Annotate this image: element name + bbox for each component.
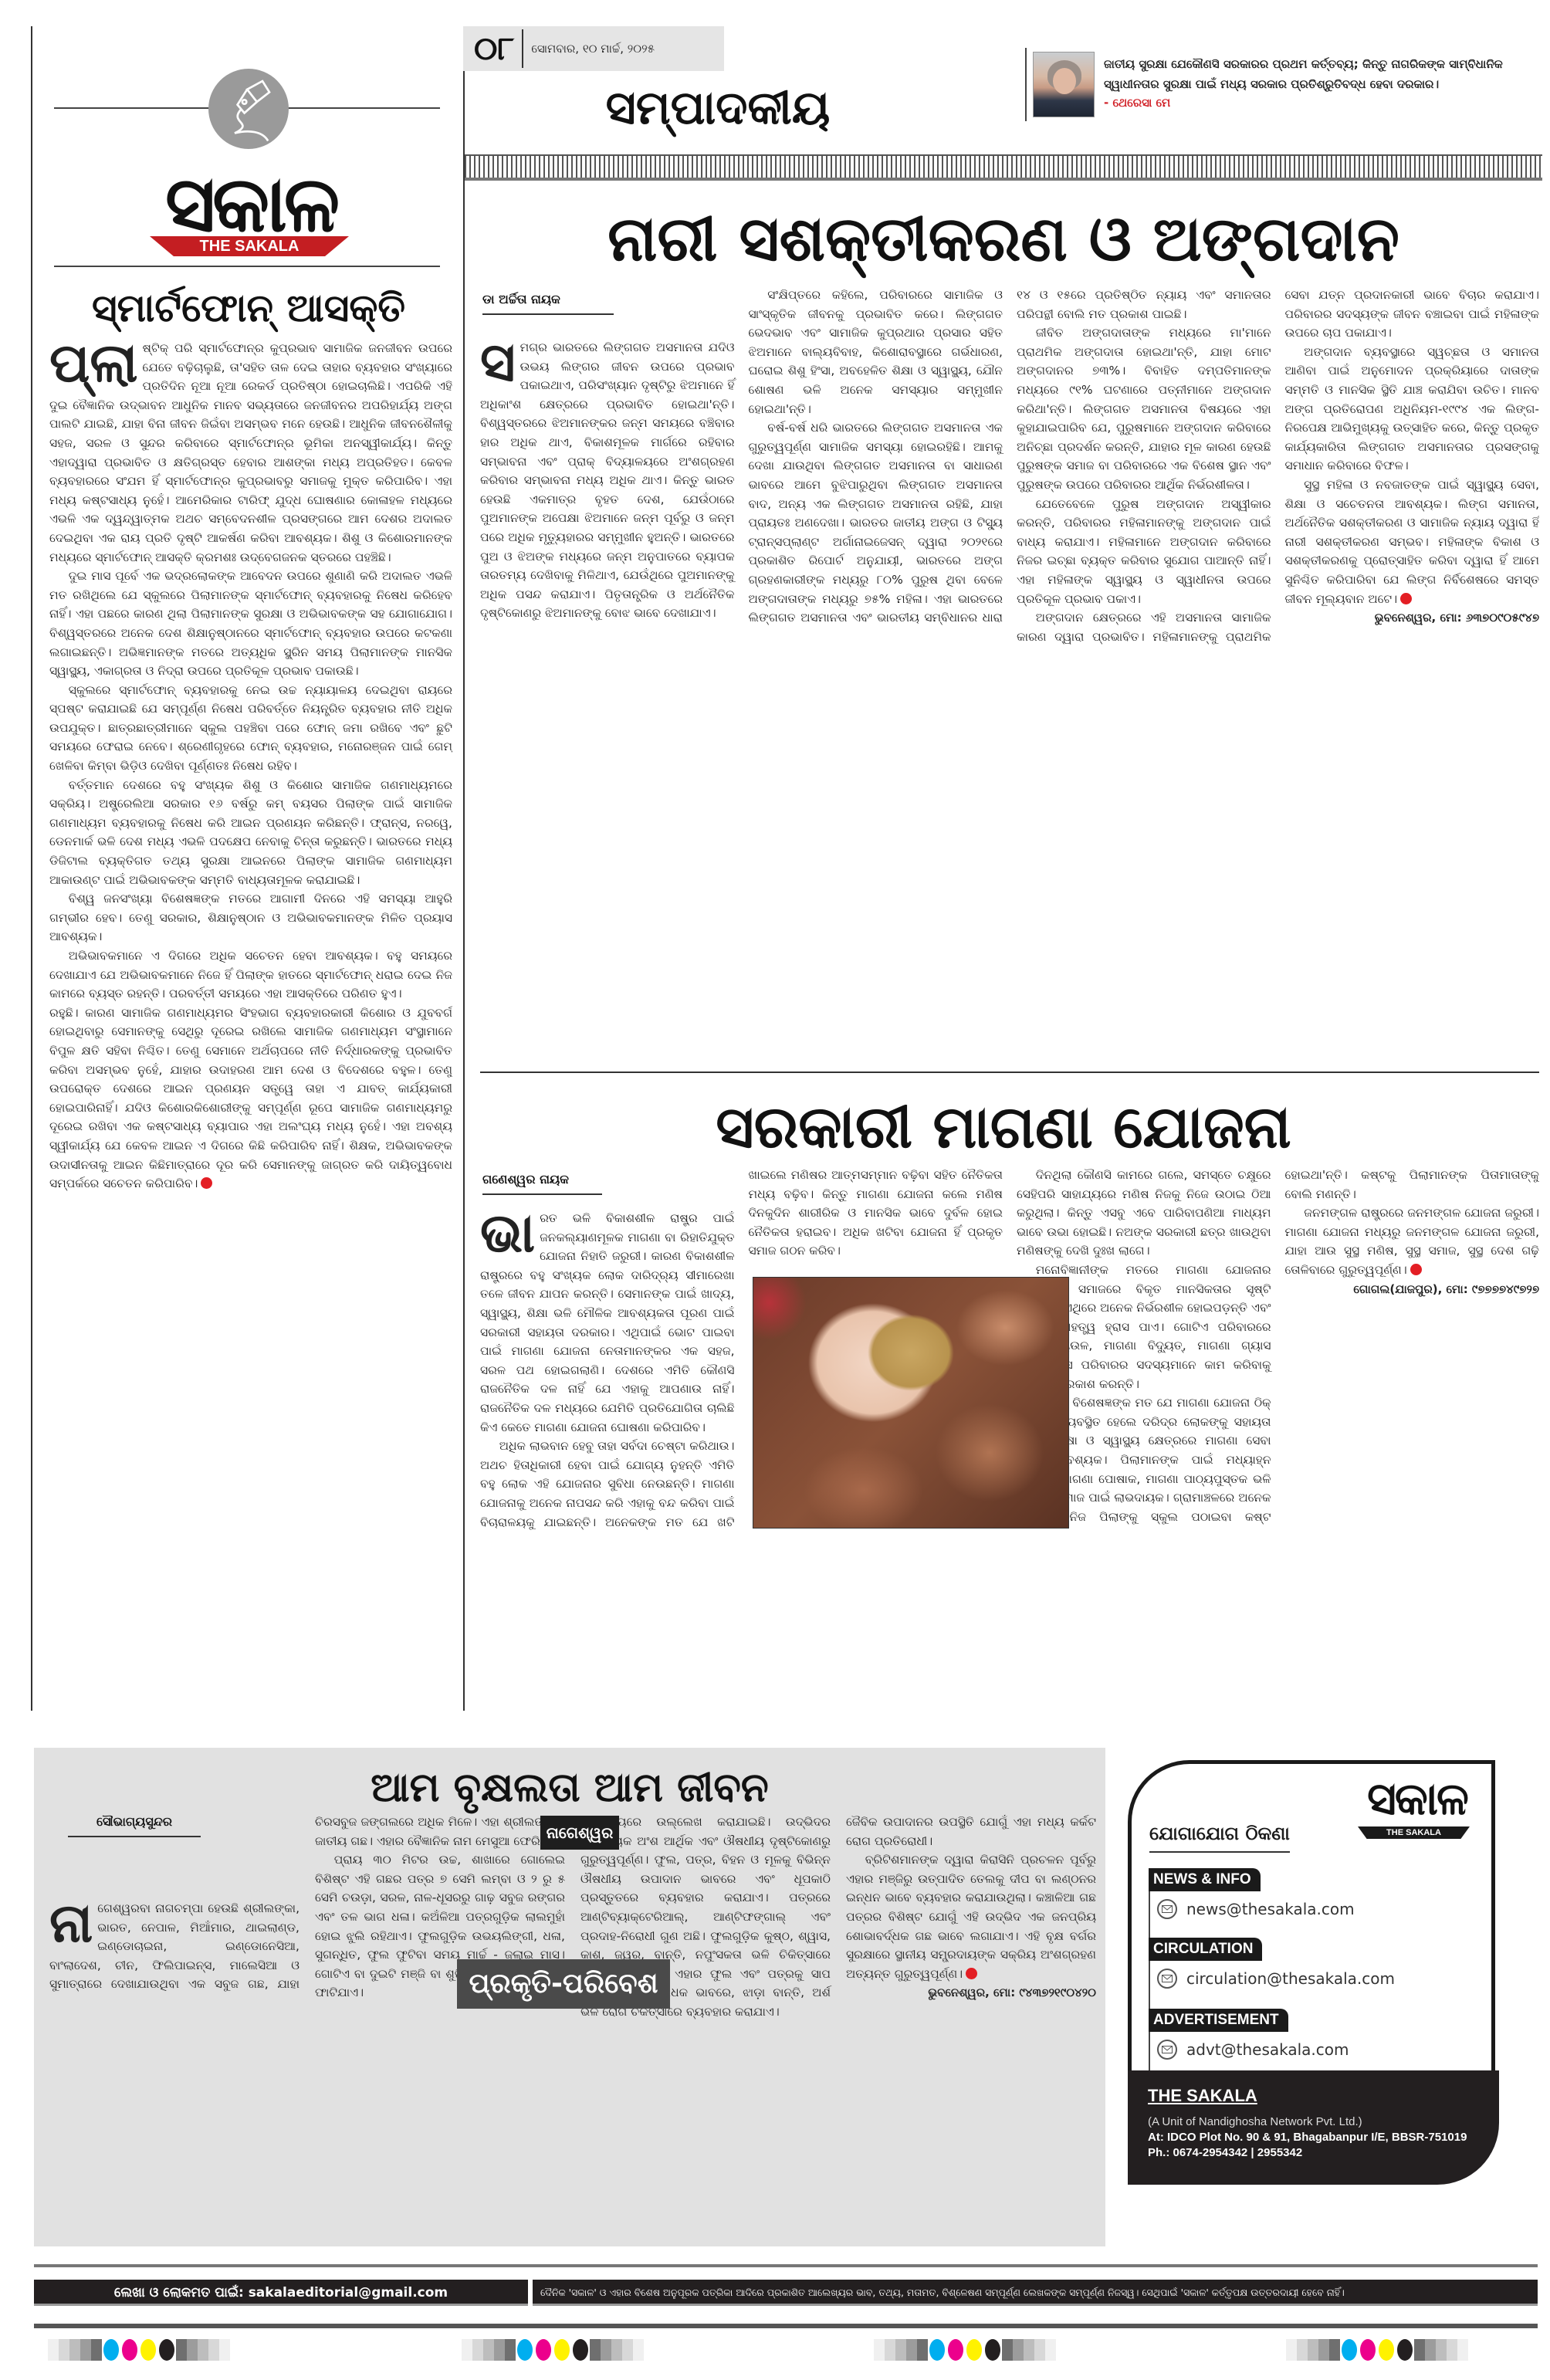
print-color-bar xyxy=(48,2339,266,2361)
company-phone: Ph.: 0674-2954342 | 2955342 xyxy=(1148,2146,1302,2159)
page-header: ୦୮ ସୋମବାର, ୧୦ ମାର୍ଚ୍ଚ, ୨୦୨୫ xyxy=(463,26,724,71)
contact-box: ସକାଳ THE SAKALA ଯୋଗାଯୋଗ ଠିକଣା NEWS & INF… xyxy=(1120,1752,1534,2239)
page-number: ୦୮ xyxy=(474,29,523,68)
decorative-tick-strip xyxy=(465,156,1542,178)
article1-title: ନାରୀ ସଶକ୍ତୀକରଣ ଓ ଅଙ୍ଗଦାନ xyxy=(465,197,1542,282)
end-marker-icon xyxy=(1410,1264,1422,1275)
circulation-label: CIRCULATION xyxy=(1149,1938,1262,1961)
article2-title: ସରକାରୀ ମାଗଣା ଯୋଜନା xyxy=(465,1088,1542,1166)
section-title: ସମ୍ପାଦକୀୟ xyxy=(594,77,841,139)
article2-photo-hands-grain xyxy=(753,1277,1069,1529)
dropcap: ସ xyxy=(480,340,516,384)
circulation-email-row[interactable]: circulation@thesakala.com xyxy=(1157,1969,1395,1989)
masthead-rule-bottom xyxy=(54,266,440,267)
mail-icon xyxy=(1157,1899,1177,1919)
masthead-logo: ସକାଳ xyxy=(124,165,378,242)
company-address: At: IDCO Plot No. 90 & 91, Bhagabanpur I… xyxy=(1148,2131,1467,2144)
contact-logo-band: THE SAKALA xyxy=(1358,1826,1470,1839)
footer-bar: ଲେଖା ଓ ଲୋକମତ ପାଇଁ: sakalaeditorial@gmail… xyxy=(34,2280,1538,2306)
pen-nib-icon xyxy=(208,69,289,149)
quote-text: ଜାତୀୟ ସୁରକ୍ଷା ଯେକୌଣସି ସରକାରର ପ୍ରଥମ କର୍ତ୍… xyxy=(1104,54,1536,94)
nature-title: ଆମ ବୃକ୍ଷଲତା ଆମ ଜୀବନ xyxy=(34,1757,1105,1819)
category-badge: ପ୍ରକୃତି-ପରିବେଶ xyxy=(457,1959,670,2009)
article2-author: ଗଣେଶ୍ୱର ନାୟକ xyxy=(482,1172,602,1195)
mail-icon xyxy=(1157,2040,1177,2060)
quote-author-photo xyxy=(1033,52,1095,117)
footer-rule-bottom xyxy=(34,2324,1538,2328)
left-column: ସକାଳ THE SAKALA ସ୍ମାର୍ଟଫୋନ୍ ଆସକ୍ତି ପ୍ଲାଷ… xyxy=(31,26,457,1711)
print-color-bar xyxy=(462,2339,679,2361)
editorial-title: ସ୍ମାର୍ଟଫୋନ୍ ଆସକ୍ତି xyxy=(48,285,449,331)
dropcap: ଭା xyxy=(480,1210,535,1255)
mail-icon xyxy=(1157,1969,1177,1989)
contact-title: ଯୋଗାଯୋଗ ଠିକଣା xyxy=(1149,1820,1290,1853)
footer-submission-email[interactable]: ଲେଖା ଓ ଲୋକମତ ପାଇଁ: sakalaeditorial@gmail… xyxy=(34,2280,528,2306)
nature-signature: ଭୁବନେଶ୍ୱର, ମୋ: ୯୪୩୭୨୧୯୦୪୨୦ xyxy=(846,1983,1096,2002)
nature-author: ସୌଭାଗ୍ୟସୁନ୍ଦର xyxy=(68,1814,201,1837)
end-marker-icon xyxy=(966,1968,977,1979)
print-color-bar xyxy=(874,2339,1091,2361)
contact-logo: ସକାଳ xyxy=(1352,1776,1483,1822)
contact-rail xyxy=(1149,1891,1150,2070)
news-info-label: NEWS & INFO xyxy=(1149,1868,1261,1891)
header-rule-thick xyxy=(465,178,1542,181)
article2-rule xyxy=(480,1072,1539,1073)
news-email[interactable]: news@thesakala.com xyxy=(1186,1900,1355,1918)
page-date: ସୋମବାର, ୧୦ ମାର୍ଚ୍ଚ, ୨୦୨୫ xyxy=(523,42,655,56)
print-color-bar xyxy=(1286,2339,1504,2361)
nature-body: ନାଗେଶ୍ୱରବା ନାଗଚମ୍ପା ହେଉଛି ଶ୍ରୀଲଙ୍କା, ଭାର… xyxy=(49,1813,1096,2241)
editorial-body: ପ୍ଲାଷ୍ଟିକ୍ ପରି ସ୍ମାର୍ଟଫୋନ୍‌ର କୁପ୍ରଭାବ ସା… xyxy=(49,339,452,1705)
end-marker-icon xyxy=(1400,593,1412,604)
quote-divider xyxy=(1025,48,1027,121)
dropcap: ପ୍ଲା xyxy=(49,340,138,385)
plant-name-badge: ନାଗେଶ୍ୱର xyxy=(540,1816,619,1850)
news-email-row[interactable]: news@thesakala.com xyxy=(1157,1899,1355,1919)
masthead-band: THE SAKALA xyxy=(150,236,349,256)
advertisement-email[interactable]: advt@thesakala.com xyxy=(1186,2040,1349,2059)
advertisement-label: ADVERTISEMENT xyxy=(1149,2009,1288,2032)
circulation-email[interactable]: circulation@thesakala.com xyxy=(1186,1969,1395,1988)
footer-disclaimer: ଦୈନିକ 'ସକାଳ' ଓ ଏହାର ବିଶେଷ ଅନୁପୂରକ ପତ୍ରିକ… xyxy=(533,2280,1538,2306)
dropcap: ନା xyxy=(49,1901,93,1945)
article1-signature: ଭୁବନେଶ୍ୱର, ମୋ: ୬୩୭୦୯୦୫୯୪୭ xyxy=(1285,608,1540,627)
footer-rule-top xyxy=(34,2264,1538,2267)
article1-body: ସମଗ୍ର ଭାରତରେ ଲିଙ୍ଗଗତ ଅସମାନତା ଯଦିଓ ଉଭୟ ଲି… xyxy=(480,286,1539,1042)
end-marker-icon xyxy=(201,1177,212,1189)
company-name: THE SAKALA xyxy=(1148,2086,1257,2106)
article1-author: ଡା ଅର୍ଚ୍ଚିତା ନାୟକ xyxy=(482,292,614,315)
quote-author: - ଥେରେସା ମେ xyxy=(1104,96,1170,110)
company-unit: (A Unit of Nandighosha Network Pvt. Ltd.… xyxy=(1148,2115,1362,2128)
article2-signature: ଗୋଗଲ(ଯାଜପୁର), ମୋ: ୯୭୭୭୭୪୯୭୨୭ xyxy=(1285,1280,1540,1298)
advertisement-email-row[interactable]: advt@thesakala.com xyxy=(1157,2040,1349,2060)
